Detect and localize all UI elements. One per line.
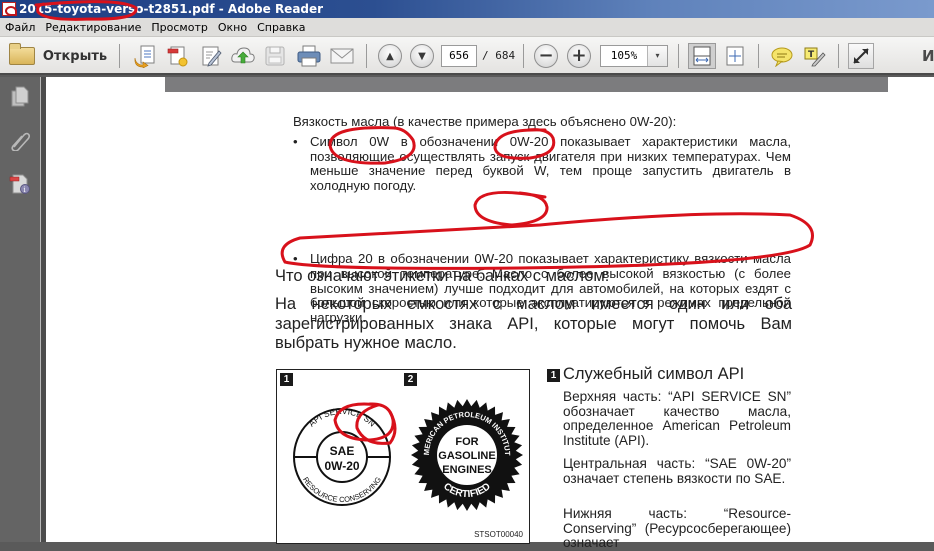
svg-text:FOR: FOR: [455, 436, 478, 448]
menu-edit[interactable]: Редактирование: [40, 18, 146, 37]
previous-page-button[interactable]: ▲: [377, 43, 403, 69]
next-page-button[interactable]: ▼: [409, 43, 435, 69]
toolbar-separator: [838, 44, 839, 68]
page-header-band: [165, 77, 888, 92]
arrow-down-icon: ▼: [410, 44, 434, 68]
navigation-pane: i: [0, 77, 41, 542]
pages-icon[interactable]: [9, 86, 31, 108]
svg-text:T: T: [808, 50, 815, 60]
email-button[interactable]: [328, 43, 356, 69]
document-page: Вязкость масла (в качестве примера здесь…: [46, 77, 934, 542]
viscosity-heading: Вязкость масла (в качестве примера здесь…: [293, 115, 793, 130]
api-symbols-figure: 1 2 API SERVICE SN RESOURCE CONSERVING S…: [276, 369, 530, 542]
figure-badge-2: 2: [404, 373, 417, 386]
zoom-level-select[interactable]: 105% ▾: [600, 45, 668, 67]
plus-icon: +: [567, 44, 591, 68]
section-badge-1: 1: [547, 369, 560, 382]
center-part-description: Центральная часть: “SAE 0W-20” означает …: [563, 457, 791, 486]
print-button[interactable]: [295, 43, 323, 69]
toolbar-separator: [678, 44, 679, 68]
sign-edit-icon: [199, 44, 223, 68]
toolbar-separator: [523, 44, 524, 68]
create-pdf-button[interactable]: [132, 43, 158, 69]
fit-page-icon: [692, 45, 712, 67]
open-button[interactable]: Открыть: [8, 43, 108, 69]
envelope-icon: [329, 46, 355, 66]
toolbar-separator: [119, 44, 120, 68]
api-service-symbol: API SERVICE SN RESOURCE CONSERVING SAE 0…: [287, 395, 397, 515]
sign-button[interactable]: [198, 43, 224, 69]
page-number-input[interactable]: 656: [441, 45, 477, 67]
fit-width-button[interactable]: [722, 43, 748, 69]
arrow-up-icon: ▲: [378, 44, 402, 68]
fit-page-button[interactable]: [688, 43, 716, 69]
fit-width-icon: [725, 45, 745, 67]
text-highlight-icon: T: [803, 45, 827, 67]
full-screen-button[interactable]: [848, 43, 874, 69]
svg-text:SAE: SAE: [330, 444, 355, 458]
zoom-out-button[interactable]: −: [533, 43, 559, 69]
window-title: 2015-toyota-verso-t2851.pdf - Adobe Read…: [19, 2, 323, 16]
page-total: / 684: [482, 45, 515, 67]
folder-icon: [9, 47, 35, 65]
zoom-in-button[interactable]: +: [566, 43, 592, 69]
menu-view[interactable]: Просмотр: [146, 18, 212, 37]
svg-text:0W-20: 0W-20: [324, 459, 359, 473]
minus-icon: −: [534, 44, 558, 68]
bullet-0w-explanation: Символ 0W в обозначении 0W-20 показывает…: [291, 135, 791, 193]
speech-bubble-icon: [770, 45, 794, 67]
adobe-reader-icon: [2, 2, 16, 16]
lower-part-description: Нижняя часть: “Resource-Conserving” (Рес…: [563, 507, 791, 542]
upload-cloud-button[interactable]: [229, 43, 257, 69]
comment-button[interactable]: [768, 43, 796, 69]
text-markup-button[interactable]: T: [802, 43, 828, 69]
menu-bar: ФайлРедактированиеПросмотрОкноСправка: [0, 18, 934, 37]
save-disk-icon: [263, 44, 287, 68]
figure-badge-1: 1: [280, 373, 293, 386]
menu-window[interactable]: Окно: [213, 18, 252, 37]
labels-heading: Что означают этикетки на банках с маслом…: [275, 267, 795, 287]
document-properties-icon[interactable]: i: [9, 172, 31, 194]
attachments-paperclip-icon[interactable]: [9, 129, 31, 151]
export-pdf-button[interactable]: [165, 43, 191, 69]
toolbar-separator: [366, 44, 367, 68]
svg-text:ENGINES: ENGINES: [442, 464, 492, 476]
create-pdf-icon: [133, 44, 157, 68]
expand-arrows-icon: [851, 46, 871, 66]
api-service-symbol-title: Служебный символ API: [563, 365, 793, 385]
save-button[interactable]: [262, 43, 288, 69]
menu-file[interactable]: Файл: [0, 18, 40, 37]
toolbar-separator: [758, 44, 759, 68]
toolbar-overflow[interactable]: И: [922, 47, 934, 65]
labels-intro: На некоторых емкостях с маслом имеется о…: [275, 295, 792, 354]
api-certification-mark: AMERICAN PETROLEUM INSTITUTE CERTIFIED F…: [407, 393, 527, 518]
cloud-upload-icon: [230, 44, 256, 68]
zoom-value: 105%: [601, 46, 647, 66]
toolbar: Открыть: [0, 37, 934, 75]
svg-text:GASOLINE: GASOLINE: [438, 450, 495, 462]
chevron-down-icon[interactable]: ▾: [647, 46, 667, 66]
export-pdf-icon: [166, 44, 190, 68]
figure-code: STSOT00040: [474, 530, 523, 539]
open-label: Открыть: [43, 49, 107, 64]
printer-icon: [296, 44, 322, 68]
menu-help[interactable]: Справка: [252, 18, 310, 37]
upper-part-description: Верхняя часть: “API SERVICE SN” обознача…: [563, 390, 791, 448]
title-bar: 2015-toyota-verso-t2851.pdf - Adobe Read…: [0, 0, 934, 18]
